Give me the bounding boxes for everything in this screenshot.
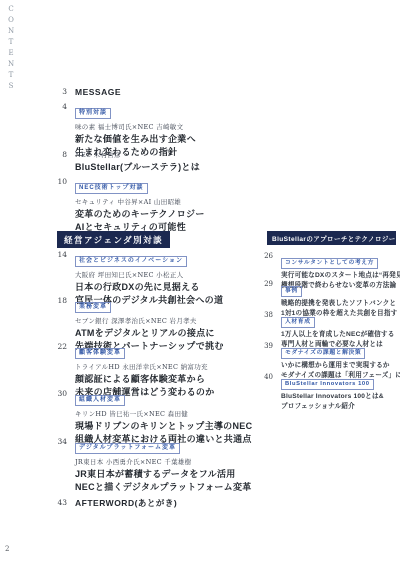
entry-category-tag: 事例 [281,286,302,297]
entry-speakers: NEC 木村哲彦 [75,150,268,159]
page-number: 2 [5,545,9,553]
entry-category-tag: デジタルプラットフォーム変革 [75,443,180,454]
entry-summary-line: プロフェッショナル紹介 [281,402,384,412]
entry-speakers: セブン銀行 深澤孝治氏×NEC 岩月孝夫 [75,316,268,325]
entry-page-number: 40 [262,372,273,411]
entry-category-tag: 顧客体験変革 [75,348,125,359]
entry-summary-line: 1万人以上を育成したNECが確信する [281,330,395,340]
entry-page-number: 34 [53,436,67,494]
section-heading-dialogues: 経営アジェンダ別対談 [57,231,170,248]
entry-speakers: セキュリティ 中谷昇×AI 山田昭雄 [75,197,268,206]
entry-title: NECと描くデジタルプラットフォーム変革 [75,481,268,494]
entry-title: 顔認証による顧客体験変革から [75,373,268,386]
entry-summary-line: いかに構想から運用まで実現するか [281,361,400,371]
entry-page-number: 8 [53,149,67,174]
entry-page-number: 3 [53,86,67,99]
entry-speakers: 味の素 福士博司氏×NEC 吉崎敏文 [75,122,268,131]
entry-category-tag: 社会とビジネスのイノベーション [75,256,187,267]
entry-title: ATMをデジタルとリアルの接点に [75,327,268,340]
entry-title: BluStellar(ブルーステラ)とは [75,161,268,174]
entry-title: AFTERWORD(あとがき) [75,497,268,510]
entry-title: 新たな価値を生み出す企業へ [75,133,268,146]
entry-category-tag: モダナイズの課題と解決策 [281,348,365,359]
entry-speakers: JR東日本 小西勇介氏×NEC 千葉雄樹 [75,457,268,466]
toc-entry-message: 3 MESSAGE [53,86,268,99]
entry-title: 日本の行政DXの先に見据える [75,281,268,294]
entry-title: MESSAGE [75,86,268,99]
entry-speakers: トライアルHD 永田洋幸氏×NEC 納富功充 [75,362,268,371]
entry-title: 現場ドリブンのキリンとトップ主導のNEC [75,420,268,433]
entry-category-tag: NEC技術トップ対談 [75,183,148,194]
toc-entry: 40 BluStellar Innovators 100 BluStellar … [262,372,396,411]
entry-category-tag: 特別対談 [75,108,111,119]
section-heading-technology: BluStellarのアプローチとテクノロジー [267,231,396,245]
toc-entry: 34 デジタルプラットフォーム変革 JR東日本 小西勇介氏×NEC 千葉雄樹 J… [53,436,268,494]
entry-category-tag: コンサルタントとしての考え方 [281,258,378,269]
entry-title: JR東日本が蓄積するデータをフル活用 [75,468,268,481]
entry-category-tag: 組織人材変革 [75,395,125,406]
entry-summary-line: BluStellar Innovators 100とは& [281,392,384,402]
entry-category-tag: 業務変革 [75,302,111,313]
toc-entry-blustellar: 8 NEC 木村哲彦 BluStellar(ブルーステラ)とは [53,149,268,174]
entry-summary-line: 戦略的提携を発表したソフトバンクと [281,299,397,309]
toc-entry-afterword: 43 AFTERWORD(あとがき) [53,497,268,510]
entry-category-tag: BluStellar Innovators 100 [281,379,374,390]
entry-speakers: 大阪府 坪田知巳氏×NEC 小松正人 [75,270,268,279]
entry-speakers: キリンHD 皆巳祐一氏×NEC 森田健 [75,409,268,418]
contents-vertical-label: CONTENTS [7,5,15,93]
toc-entry-tech-top-dialogue: 10 NEC技術トップ対談 セキュリティ 中谷昇×AI 山田昭雄 変革のためのキ… [53,176,268,234]
entry-page-number: 43 [53,497,67,510]
entry-title: 変革のためのキーテクノロジー [75,208,268,221]
entry-category-tag: 人材育成 [281,317,315,328]
entry-page-number: 10 [53,176,67,234]
